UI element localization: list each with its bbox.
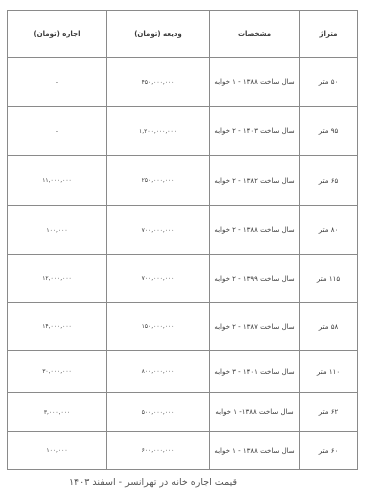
rent-price-table-container: متراژ مشخصات ودیعه (تومان) اجاره (تومان)…: [7, 10, 357, 470]
cell-rent: ۱۱,۰۰۰,۰۰۰: [8, 156, 107, 206]
cell-deposit: ۷۰۰,۰۰۰,۰۰۰: [107, 206, 210, 255]
table-row: ۵۰ متر سال ساخت ۱۳۸۸ - ۱ خوابه ۴۵۰,۰۰۰,۰…: [8, 58, 358, 107]
cell-area: ۵۸ متر: [300, 303, 358, 351]
cell-area: ۶۲ متر: [300, 393, 358, 432]
table-row: ۹۵ متر سال ساخت ۱۴۰۳ - ۲ خوابه ۱,۲۰۰,۰۰۰…: [8, 107, 358, 156]
cell-specs: سال ساخت ۱۳۹۹ - ۲ خوابه: [210, 255, 300, 303]
header-deposit: ودیعه (تومان): [107, 11, 210, 58]
cell-specs: سال ساخت ۱۴۰۳ - ۲ خوابه: [210, 107, 300, 156]
cell-rent: ۳۰,۰۰۰,۰۰۰: [8, 351, 107, 393]
cell-area: ۵۰ متر: [300, 58, 358, 107]
cell-specs: سال ساخت ۱۳۸۸ - ۲ خوابه: [210, 206, 300, 255]
cell-specs: سال ساخت ۱۴۰۱ - ۳ خوابه: [210, 351, 300, 393]
cell-rent: ۱۴,۰۰۰,۰۰۰: [8, 303, 107, 351]
cell-rent: -: [8, 107, 107, 156]
table-header-row: متراژ مشخصات ودیعه (تومان) اجاره (تومان): [8, 11, 358, 58]
cell-specs: سال ساخت ۱۳۸۲ - ۲ خوابه: [210, 156, 300, 206]
cell-area: ۶۰ متر: [300, 432, 358, 470]
table-caption: قیمت اجاره خانه در تهرانسر - اسفند ۱۴۰۳: [7, 477, 237, 488]
cell-specs: سال ساخت ۱۳۸۸ - ۱ خوابه: [210, 58, 300, 107]
table-row: ۶۵ متر سال ساخت ۱۳۸۲ - ۲ خوابه ۲۵۰,۰۰۰,۰…: [8, 156, 358, 206]
cell-rent: -: [8, 58, 107, 107]
cell-deposit: ۱,۲۰۰,۰۰۰,۰۰۰: [107, 107, 210, 156]
cell-area: ۹۵ متر: [300, 107, 358, 156]
table-row: ۸۰ متر سال ساخت ۱۳۸۸ - ۲ خوابه ۷۰۰,۰۰۰,۰…: [8, 206, 358, 255]
cell-area: ۱۱۰ متر: [300, 351, 358, 393]
cell-area: ۱۱۵ متر: [300, 255, 358, 303]
cell-deposit: ۱۵۰,۰۰۰,۰۰۰: [107, 303, 210, 351]
cell-deposit: ۸۰۰,۰۰۰,۰۰۰: [107, 351, 210, 393]
table-row: ۵۸ متر سال ساخت ۱۳۸۷ - ۲ خوابه ۱۵۰,۰۰۰,۰…: [8, 303, 358, 351]
table-row: ۱۱۰ متر سال ساخت ۱۴۰۱ - ۳ خوابه ۸۰۰,۰۰۰,…: [8, 351, 358, 393]
cell-rent: ۱۰۰,۰۰۰: [8, 206, 107, 255]
table-row: ۶۰ متر سال ساخت ۱۳۸۸ - ۱ خوابه ۶۰۰,۰۰۰,۰…: [8, 432, 358, 470]
cell-area: ۶۵ متر: [300, 156, 358, 206]
cell-rent: ۱۲,۰۰۰,۰۰۰: [8, 255, 107, 303]
cell-deposit: ۷۰۰,۰۰۰,۰۰۰: [107, 255, 210, 303]
cell-specs: سال ساخت ۱۳۸۸ - ۱ خوابه: [210, 432, 300, 470]
table-row: ۱۱۵ متر سال ساخت ۱۳۹۹ - ۲ خوابه ۷۰۰,۰۰۰,…: [8, 255, 358, 303]
rent-price-table: متراژ مشخصات ودیعه (تومان) اجاره (تومان)…: [7, 10, 358, 470]
cell-area: ۸۰ متر: [300, 206, 358, 255]
cell-rent: ۱۰۰,۰۰۰: [8, 432, 107, 470]
header-rent: اجاره (تومان): [8, 11, 107, 58]
cell-deposit: ۲۵۰,۰۰۰,۰۰۰: [107, 156, 210, 206]
header-area: متراژ: [300, 11, 358, 58]
table-row: ۶۲ متر سال ساخت ۱۳۸۸- ۱ خوابه ۵۰۰,۰۰۰,۰۰…: [8, 393, 358, 432]
header-specs: مشخصات: [210, 11, 300, 58]
cell-deposit: ۵۰۰,۰۰۰,۰۰۰: [107, 393, 210, 432]
cell-deposit: ۶۰۰,۰۰۰,۰۰۰: [107, 432, 210, 470]
cell-specs: سال ساخت ۱۳۸۸- ۱ خوابه: [210, 393, 300, 432]
cell-rent: ۳,۰۰۰,۰۰۰: [8, 393, 107, 432]
cell-deposit: ۴۵۰,۰۰۰,۰۰۰: [107, 58, 210, 107]
cell-specs: سال ساخت ۱۳۸۷ - ۲ خوابه: [210, 303, 300, 351]
